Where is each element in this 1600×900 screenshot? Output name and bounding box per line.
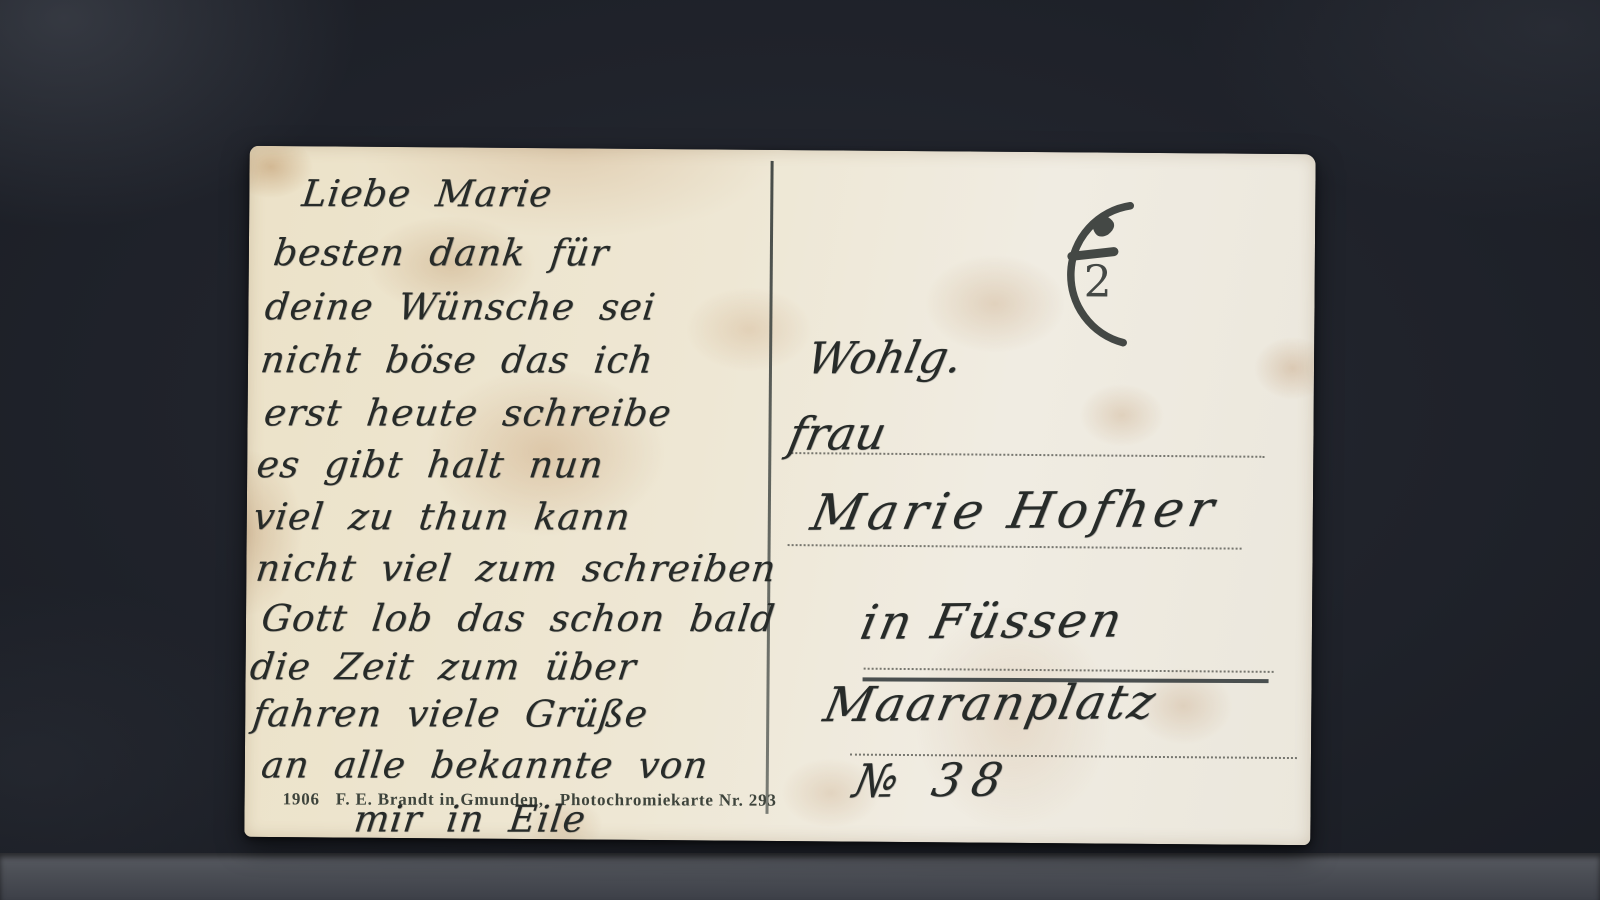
address-town: in Füssen [856, 592, 1130, 650]
address-salutation: frau [784, 406, 891, 461]
address-honorific: Wohlg. [803, 332, 967, 384]
address-recipient: Marie Hofher [806, 480, 1224, 542]
postmark-stamp: 2 [1041, 179, 1243, 381]
address-house-number: № 38 [849, 753, 1017, 808]
address-street: Maaranplatz [819, 674, 1162, 733]
table-edge-shadow [0, 853, 1600, 900]
postcard: Liebe Marie besten dank für deine Wünsch… [244, 146, 1315, 845]
postmark-digit: 2 [1083, 256, 1111, 307]
